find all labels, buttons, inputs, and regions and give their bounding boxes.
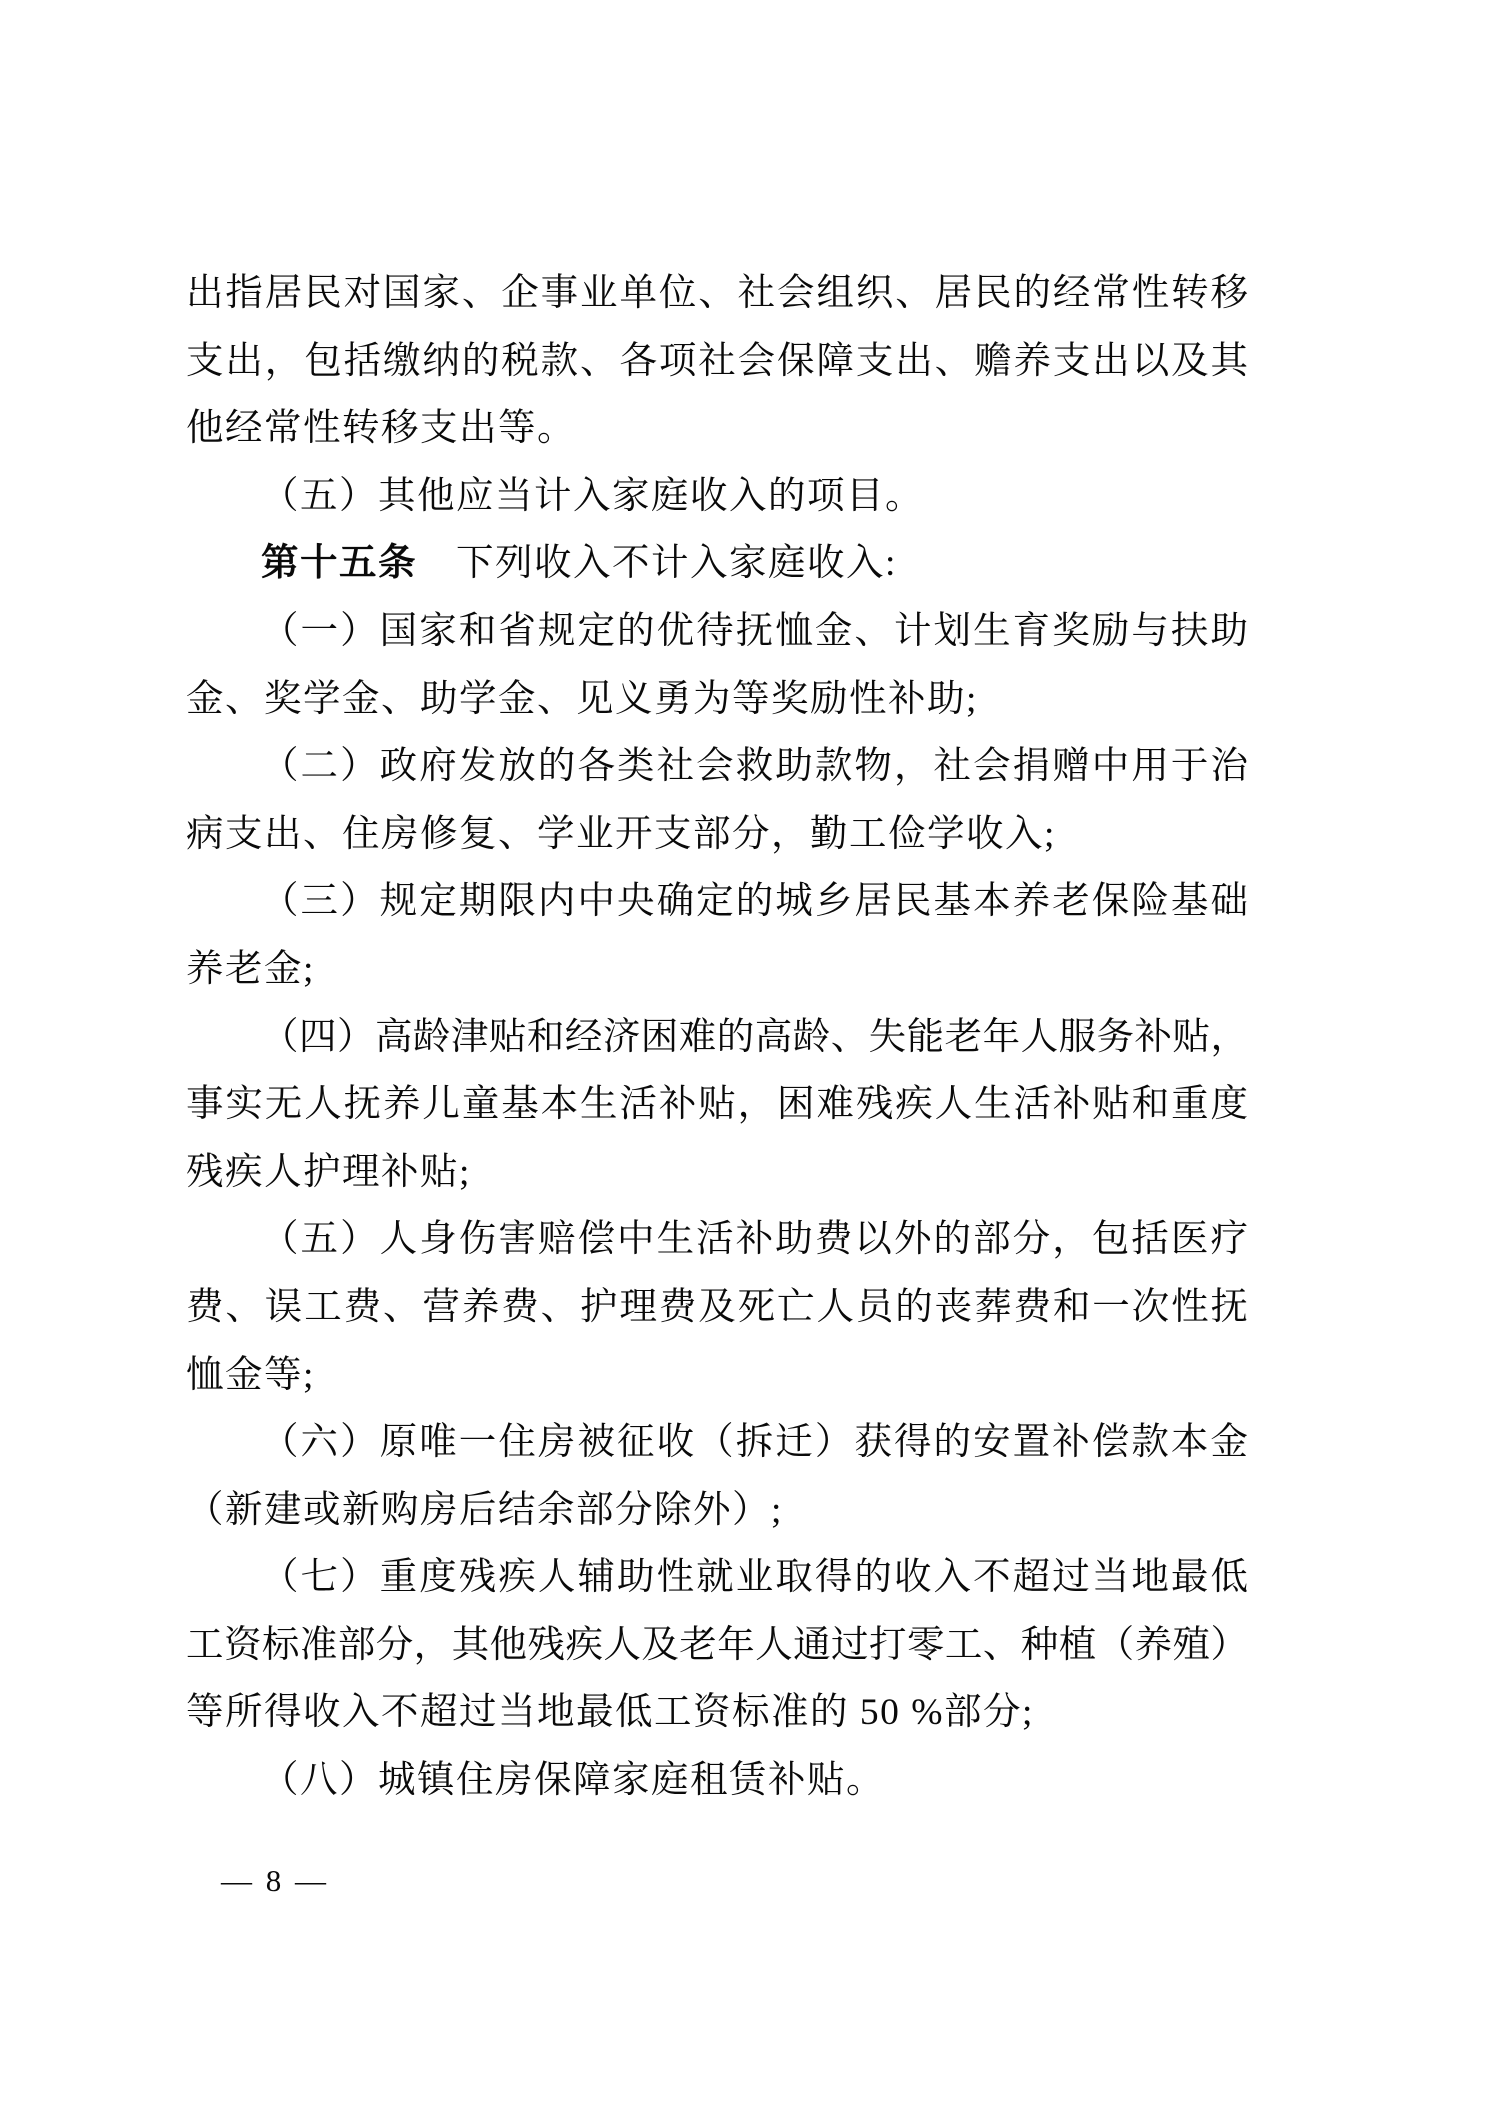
text-line: （新建或新购房后结余部分除外）;: [186, 1477, 1248, 1545]
text-line: （一）国家和省规定的优待抚恤金、计划生育奖励与扶助: [186, 598, 1248, 666]
article-title-text: 下列收入不计入家庭收入:: [417, 543, 897, 584]
text-line: （七）重度残疾人辅助性就业取得的收入不超过当地最低: [186, 1544, 1248, 1612]
text-line: 出指居民对国家、企事业单位、社会组织、居民的经常性转移: [186, 260, 1248, 328]
text-line: 第十五条 下列收入不计入家庭收入:: [186, 530, 1248, 598]
document-body: 出指居民对国家、企事业单位、社会组织、居民的经常性转移支出，包括缴纳的税款、各项…: [186, 260, 1248, 1815]
text-line: 工资标准部分，其他残疾人及老年人通过打零工、种植（养殖）: [186, 1612, 1248, 1680]
document-page: 出指居民对国家、企事业单位、社会组织、居民的经常性转移支出，包括缴纳的税款、各项…: [0, 0, 1487, 2105]
text-line: （六）原唯一住房被征收（拆迁）获得的安置补偿款本金: [186, 1409, 1248, 1477]
text-line: 等所得收入不超过当地最低工资标准的 50 %部分;: [186, 1679, 1248, 1747]
text-line: 支出，包括缴纳的税款、各项社会保障支出、赡养支出以及其: [186, 328, 1248, 396]
text-line: （三）规定期限内中央确定的城乡居民基本养老保险基础: [186, 868, 1248, 936]
text-line: 残疾人护理补贴;: [186, 1139, 1248, 1207]
page-number: — 8 —: [221, 1863, 329, 1898]
text-line: 费、误工费、营养费、护理费及死亡人员的丧葬费和一次性抚: [186, 1274, 1248, 1342]
text-line: 恤金等;: [186, 1342, 1248, 1410]
text-line: （五）人身伤害赔偿中生活补助费以外的部分，包括医疗: [186, 1206, 1248, 1274]
text-line: （五）其他应当计入家庭收入的项目。: [186, 463, 1248, 531]
text-line: 金、奖学金、助学金、见义勇为等奖励性补助;: [186, 666, 1248, 734]
text-line: （八）城镇住房保障家庭租赁补贴。: [186, 1747, 1248, 1815]
text-line: 养老金;: [186, 936, 1248, 1004]
text-line: 事实无人抚养儿童基本生活补贴，困难残疾人生活补贴和重度: [186, 1071, 1248, 1139]
text-line: （二）政府发放的各类社会救助款物，社会捐赠中用于治: [186, 733, 1248, 801]
page-footer: — 8 —: [221, 1861, 329, 1901]
text-line: 病支出、住房修复、学业开支部分，勤工俭学收入;: [186, 801, 1248, 869]
article-number: 第十五条: [261, 543, 417, 584]
text-line: （四）高龄津贴和经济困难的高龄、失能老年人服务补贴，: [186, 1004, 1248, 1072]
text-line: 他经常性转移支出等。: [186, 395, 1248, 463]
